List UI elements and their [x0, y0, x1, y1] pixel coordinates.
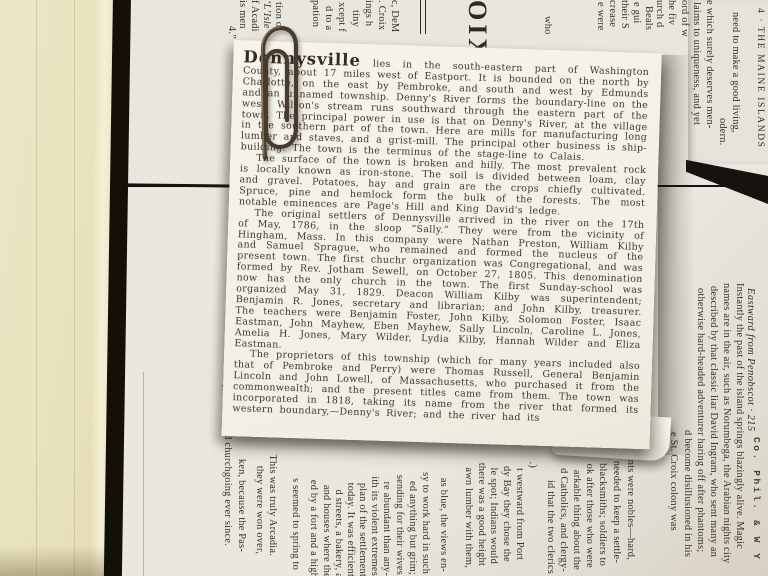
rotated-text-fragment: e were: [594, 2, 607, 31]
rotated-text-line: there was a good height: [475, 463, 488, 566]
rotated-text-line: sy to work hard in such: [419, 472, 432, 574]
page-edge-thin-line: [143, 372, 144, 576]
rotated-text-line: le spot; Indians would: [487, 468, 500, 564]
rotated-text-line: s seemed to spring to: [289, 478, 302, 570]
rotated-text-line: needed to keep a settle-: [610, 461, 623, 563]
rotated-text-line: e which surely deserves men-: [703, 0, 716, 129]
rotated-text-fragment: . Croix: [375, 0, 388, 30]
rotated-text-fragment: Beals: [642, 6, 655, 30]
paper-crease: [74, 0, 75, 576]
rotated-text-fragment: xcept f: [335, 2, 348, 32]
rotated-text-line: This was truly Arcadia.: [266, 454, 279, 556]
rotated-text-fragment: is men: [236, 0, 249, 29]
rotated-text-line: they were won over,: [253, 466, 266, 554]
rotated-text-line: today. It was efficient: [344, 483, 357, 576]
eastward-page-header: Eastward from Penobscot · 215: [744, 288, 757, 432]
rotated-text-line: names are in the air, such as Norumbega,…: [720, 283, 733, 563]
rotated-text-line: ith its violent extremes: [368, 476, 381, 576]
rotated-text-line: onts were nobles—hard,: [624, 454, 637, 560]
photo-of-documents: ord of w he fiv urch d Beals e gui their…: [0, 0, 768, 576]
stamp-text: Co. Phil. & W Y: [750, 437, 762, 562]
rotated-text-line: re abundant than any-: [380, 481, 393, 576]
rotated-text-line: Instantly the past of the island springs…: [733, 283, 746, 549]
rotated-text-line: sending for their wives: [393, 475, 406, 575]
rotated-text-line: blacksmiths; soldiers to: [596, 463, 609, 566]
paperclip: [248, 16, 308, 166]
rotated-text-fragment: ord of w: [678, 0, 691, 37]
rotated-text-line: dy Bay they chose the: [500, 466, 513, 562]
rotated-text-line: id that the two clerics: [544, 480, 557, 574]
rotated-text-fragment: e gui: [630, 2, 643, 24]
rotated-text-fragment: pation: [309, 0, 322, 27]
rotated-text-fragment: 4.”: [225, 26, 238, 39]
rotated-text-line: d Catholics, and clergy-: [557, 468, 570, 572]
clipping-paragraph: The original settlers of Dennysville arr…: [234, 208, 644, 362]
rotated-text-line: t westward from Port: [513, 468, 526, 560]
rotated-text-line: as blue, the views en-: [437, 478, 450, 572]
rotated-text-fragment: their S: [618, 0, 631, 29]
rotated-text-line: ok after those who were: [583, 464, 596, 568]
rotated-text-line: arkable thing about the: [570, 470, 583, 570]
rotated-text-fragment: who: [541, 16, 554, 35]
clipping-shadow: [658, 55, 694, 455]
cream-paper-shadow: [0, 546, 112, 576]
rotated-text-fragment: urch d: [653, 0, 666, 27]
rotated-text-line: d streets, a bakery, a: [332, 489, 345, 576]
rotated-text-line: need to make a good living,: [729, 12, 742, 133]
rotated-text-fragment: d to a: [322, 6, 335, 30]
rotated-text-fragment: he fiv: [665, 0, 678, 25]
rotated-text-fragment: ings h: [362, 0, 375, 26]
rotated-text-line: otherwise hard-headed adventurer haring …: [694, 288, 707, 552]
chapter-heading-double-rule: [420, 0, 426, 34]
rotated-text-line: ken, because the Pas-: [235, 459, 248, 552]
rotated-text-line: described by that classic liar David Ing…: [707, 286, 720, 557]
clipping-paragraph: The proprietors of this township (which …: [232, 350, 640, 428]
rotated-text-line: odern.: [716, 118, 729, 145]
rotated-text-fragment: tiny: [349, 10, 362, 27]
paper-crease: [36, 0, 37, 576]
rotated-text-line: .): [526, 462, 539, 468]
rotated-text-line: awn lumber with them,: [462, 467, 475, 568]
rotated-text-line: and houses where the: [320, 485, 333, 576]
rotated-text-fragment: c, DeM: [388, 0, 401, 32]
rotated-text-line: ed anything but grim;: [406, 481, 419, 575]
paperclip-wire: [263, 28, 296, 158]
maine-page-header: 4 · THE MAINE ISLANDS: [754, 8, 766, 149]
rotated-text-line: ed by a fort and a high: [307, 480, 320, 576]
rotated-text-fragment: crease: [606, 0, 619, 27]
rotated-text-line: plan of the settlement: [356, 483, 369, 576]
